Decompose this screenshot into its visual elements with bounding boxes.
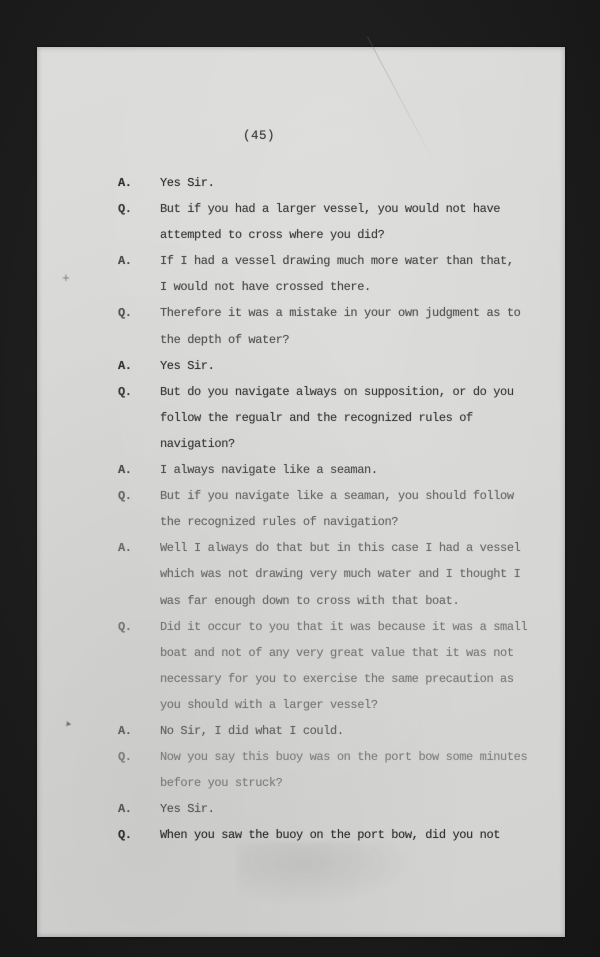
transcript-line: follow the regualr and the recognized ru… (160, 405, 565, 431)
qa-entry: Q.But do you navigate always on supposit… (118, 379, 565, 457)
photograph-background: (45) A.Yes Sir.Q.But if you had a larger… (0, 0, 600, 957)
transcript-line: I would not have crossed there. (160, 274, 565, 300)
transcript-line: But if you had a larger vessel, you woul… (160, 196, 565, 222)
transcript-line: boat and not of any very great value tha… (160, 640, 565, 666)
speaker-label: A. (118, 457, 132, 483)
transcript-line: you should with a larger vessel? (160, 692, 565, 718)
transcript-line: But do you navigate always on suppositio… (160, 379, 565, 405)
transcript-line: necessary for you to exercise the same p… (160, 666, 565, 692)
qa-entry: Q.But if you had a larger vessel, you wo… (118, 196, 565, 248)
qa-entry: A.No Sir, I did what I could. (118, 718, 565, 744)
speaker-label: Q. (118, 300, 132, 326)
speaker-label: Q. (118, 744, 132, 770)
document-page: (45) A.Yes Sir.Q.But if you had a larger… (37, 47, 565, 937)
qa-entry: Q.Now you say this buoy was on the port … (118, 744, 565, 796)
speaker-label: Q. (118, 822, 132, 848)
qa-entry: Q.When you saw the buoy on the port bow,… (118, 822, 565, 848)
speaker-label: Q. (118, 196, 132, 222)
transcript-line: If I had a vessel drawing much more wate… (160, 248, 565, 274)
page-number: (45) (243, 129, 275, 143)
qa-entry: A.Yes Sir. (118, 170, 565, 196)
speaker-label: A. (118, 535, 132, 561)
speaker-label: Q. (118, 379, 132, 405)
transcript-line: the depth of water? (160, 327, 565, 353)
qa-entry: Q.Did it occur to you that it was becaus… (118, 614, 565, 718)
transcript-line: No Sir, I did what I could. (160, 718, 565, 744)
transcript-line: Yes Sir. (160, 170, 565, 196)
transcript-line: Did it occur to you that it was because … (160, 614, 565, 640)
paper-smudge (237, 842, 407, 902)
transcript-line: Well I always do that but in this case I… (160, 535, 565, 561)
paper-crease (367, 37, 438, 170)
speaker-label: Q. (118, 483, 132, 509)
speaker-label: A. (118, 718, 132, 744)
transcript-line: the recognized rules of navigation? (160, 509, 565, 535)
speaker-label: Q. (118, 614, 132, 640)
transcript-line: was far enough down to cross with that b… (160, 588, 565, 614)
plus-margin-mark: + (62, 271, 70, 286)
qa-entry: A.I always navigate like a seaman. (118, 457, 565, 483)
speaker-label: A. (118, 353, 132, 379)
speaker-label: A. (118, 796, 132, 822)
transcript-line: Now you say this buoy was on the port bo… (160, 744, 565, 770)
transcript-line: before you struck? (160, 770, 565, 796)
qa-entry: Q.Therefore it was a mistake in your own… (118, 300, 565, 352)
transcript-line: But if you navigate like a seaman, you s… (160, 483, 565, 509)
transcript-line: Yes Sir. (160, 796, 565, 822)
qa-entry: Q.But if you navigate like a seaman, you… (118, 483, 565, 535)
speaker-label: A. (118, 248, 132, 274)
qa-entry: A.If I had a vessel drawing much more wa… (118, 248, 565, 300)
transcript-line: I always navigate like a seaman. (160, 457, 565, 483)
qa-entry: A.Yes Sir. (118, 353, 565, 379)
transcript-line: navigation? (160, 431, 565, 457)
transcript-line: which was not drawing very much water an… (160, 561, 565, 587)
qa-entry: A.Yes Sir. (118, 796, 565, 822)
transcript-line: Yes Sir. (160, 353, 565, 379)
transcript-line: Therefore it was a mistake in your own j… (160, 300, 565, 326)
qa-entry: A.Well I always do that but in this case… (118, 535, 565, 613)
speaker-label: A. (118, 170, 132, 196)
transcript-line: When you saw the buoy on the port bow, d… (160, 822, 565, 848)
qa-transcript: A.Yes Sir.Q.But if you had a larger vess… (37, 170, 565, 848)
transcript-line: attempted to cross where you did? (160, 222, 565, 248)
